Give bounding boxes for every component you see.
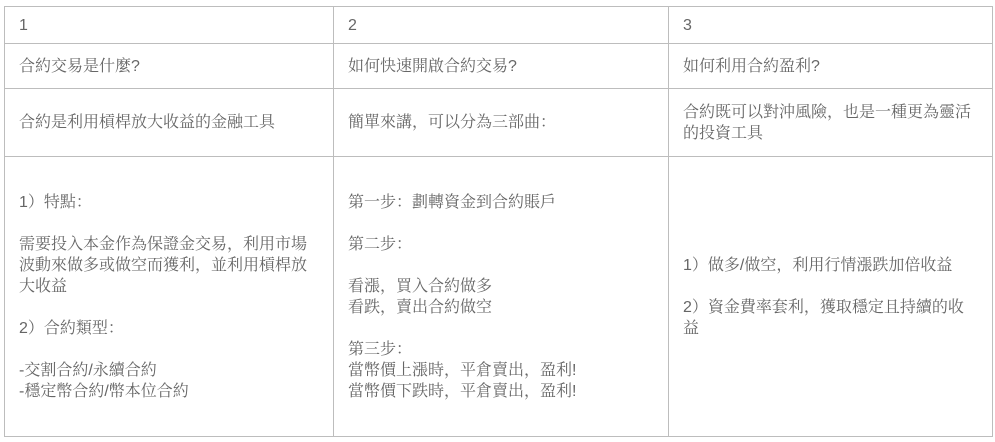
question-cell-2: 如何快速開啟合約交易? [334,44,669,89]
detail-cell-3: 1）做多/做空，利用行情漲跌加倍收益 2）資金費率套利，獲取穩定且持續的收益 [669,157,993,437]
summary-cell-2: 簡單來講，可以分為三部曲： [334,89,669,157]
index-cell-2: 2 [334,7,669,44]
summary-cell-1: 合約是利用槓桿放大收益的金融工具 [5,89,334,157]
index-cell-3: 3 [669,7,993,44]
contract-trading-faq-table: 1 2 3 合約交易是什麼? 如何快速開啟合約交易? 如何利用合約盈利? 合約是… [4,6,993,437]
table-row-detail: 1）特點： 需要投入本金作為保證金交易，利用市場波動來做多或做空而獲利，並利用槓… [5,157,993,437]
detail-cell-1: 1）特點： 需要投入本金作為保證金交易，利用市場波動來做多或做空而獲利，並利用槓… [5,157,334,437]
detail-cell-2: 第一步：劃轉資金到合約賬戶 第二步： 看漲，買入合約做多 看跌，賣出合約做空 第… [334,157,669,437]
table-row-index: 1 2 3 [5,7,993,44]
index-cell-1: 1 [5,7,334,44]
table-row-question: 合約交易是什麼? 如何快速開啟合約交易? 如何利用合約盈利? [5,44,993,89]
table-row-summary: 合約是利用槓桿放大收益的金融工具 簡單來講，可以分為三部曲： 合約既可以對沖風險… [5,89,993,157]
question-cell-3: 如何利用合約盈利? [669,44,993,89]
summary-cell-3: 合約既可以對沖風險，也是一種更為靈活的投資工具 [669,89,993,157]
question-cell-1: 合約交易是什麼? [5,44,334,89]
